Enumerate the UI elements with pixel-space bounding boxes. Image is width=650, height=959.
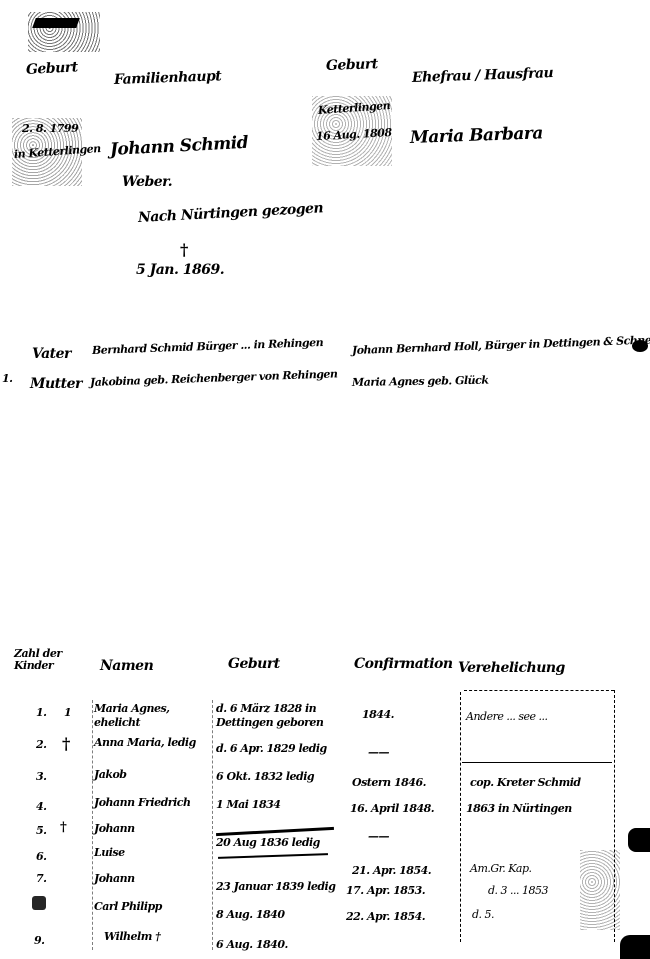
child-confirmation: 1844. <box>362 708 394 721</box>
row-number: 4. <box>36 800 46 813</box>
child-confirmation: 21. Apr. 1854. <box>352 864 431 877</box>
child-marriage: Am.Gr. Kap. <box>470 862 532 875</box>
child-name: Wilhelm † <box>104 930 160 943</box>
marriage-underline <box>462 762 612 763</box>
row-number: 5. <box>36 824 46 837</box>
child-name: Carl Philipp <box>94 900 162 913</box>
father-label: Vater <box>32 346 71 362</box>
husband-death-date: 5 Jan. 1869. <box>136 262 224 278</box>
child-birth: 1 Mai 1834 <box>216 798 280 811</box>
mother-text: Jakobina geb. Reichenberger von Rehingen <box>90 367 338 389</box>
row-number-blot <box>32 896 46 910</box>
row-number: 3. <box>36 770 46 783</box>
corner-stamp-ink <box>32 18 80 28</box>
child-name: Luise <box>94 846 125 859</box>
header-wife-label: Ehefrau / Hausfrau <box>412 65 554 86</box>
child-name: Jakob <box>94 768 126 781</box>
row-number: 9. <box>34 934 44 947</box>
wife-parents-line-1: Johann Bernhard Holl, Bürger in Dettinge… <box>352 333 650 357</box>
child-birth: 23 Januar 1839 ledig <box>216 880 335 893</box>
row-death-cross-icon: † <box>60 820 67 835</box>
child-birth: d. 6 März 1828 in Dettingen geboren <box>216 702 346 730</box>
child-confirmation: 16. April 1848. <box>350 802 434 815</box>
child-name: Maria Agnes, ehelicht <box>94 702 204 730</box>
strike-through <box>218 853 328 859</box>
strike-through <box>216 827 334 836</box>
header-birth-label: Geburt <box>26 59 78 78</box>
child-birth: 6 Aug. 1840. <box>216 938 288 951</box>
child-birth: 8 Aug. 1840 <box>216 908 284 921</box>
child-birth: 6 Okt. 1832 ledig <box>216 770 314 783</box>
table-col-divider-4 <box>212 700 214 950</box>
child-confirmation: 17. Apr. 1853. <box>346 884 425 897</box>
torn-edge-bottom <box>620 935 650 959</box>
husband-name: Johann Schmid <box>109 133 248 160</box>
mother-label: Mutter <box>30 376 82 392</box>
table-header-confirmation: Confirmation <box>354 656 453 672</box>
table-col-divider-1 <box>460 692 462 942</box>
child-name: Johann Friedrich <box>94 796 190 809</box>
child-confirmation: —— <box>368 830 389 843</box>
child-confirmation: —— <box>368 746 389 759</box>
edge-smudge <box>580 850 620 930</box>
child-name: Anna Maria, ledig <box>94 736 196 749</box>
header-birth-label-2: Geburt <box>326 56 378 74</box>
table-header-count: Zahl der Kinder <box>14 648 74 672</box>
father-text: Bernhard Schmid Bürger ... in Rehingen <box>92 336 324 357</box>
left-margin-mark: 1. <box>2 372 12 385</box>
child-marriage: d. 3 ... 1853 <box>488 884 548 897</box>
document-page: Geburt Familienhaupt Geburt Ehefrau / Ha… <box>0 0 650 959</box>
child-name: Johann <box>94 872 135 885</box>
child-marriage: d. 5. <box>472 908 494 921</box>
table-header-birth: Geburt <box>228 656 280 672</box>
row-number: 6. <box>36 850 46 863</box>
wife-parents-line-2: Maria Agnes geb. Glück <box>352 374 489 389</box>
row-death-cross-icon: † <box>62 734 70 753</box>
husband-occupation: Weber. <box>122 174 172 190</box>
child-marriage: 1863 in Nürtingen <box>466 802 572 815</box>
row-number: 7. <box>36 872 46 885</box>
torn-edge-top <box>628 828 650 852</box>
child-confirmation: 22. Apr. 1854. <box>346 910 425 923</box>
row-number: 1. <box>36 706 46 719</box>
husband-note: Nach Nürtingen gezogen <box>138 200 324 226</box>
table-top-rule <box>464 690 614 691</box>
wife-name: Maria Barbara <box>410 123 544 148</box>
table-header-names: Namen <box>100 658 153 674</box>
ink-blot-right <box>632 340 648 352</box>
child-birth: 20 Aug 1836 ledig <box>216 836 320 849</box>
husband-birth-date: 2. 8. 1799 <box>22 122 78 135</box>
header-family-head-label: Familienhaupt <box>114 68 222 88</box>
child-confirmation: Ostern 1846. <box>352 776 426 789</box>
row-number: 2. <box>36 738 46 751</box>
child-marriage: Andere ... see ... <box>466 710 547 723</box>
child-marriage: cop. Kreter Schmid <box>470 776 581 789</box>
child-name: Johann <box>94 822 135 835</box>
table-header-marriage: Verehelichung <box>458 660 565 676</box>
child-birth: d. 6 Apr. 1829 ledig <box>216 742 327 755</box>
death-cross-icon: † <box>180 240 188 259</box>
row-mark: 1 <box>64 706 71 719</box>
